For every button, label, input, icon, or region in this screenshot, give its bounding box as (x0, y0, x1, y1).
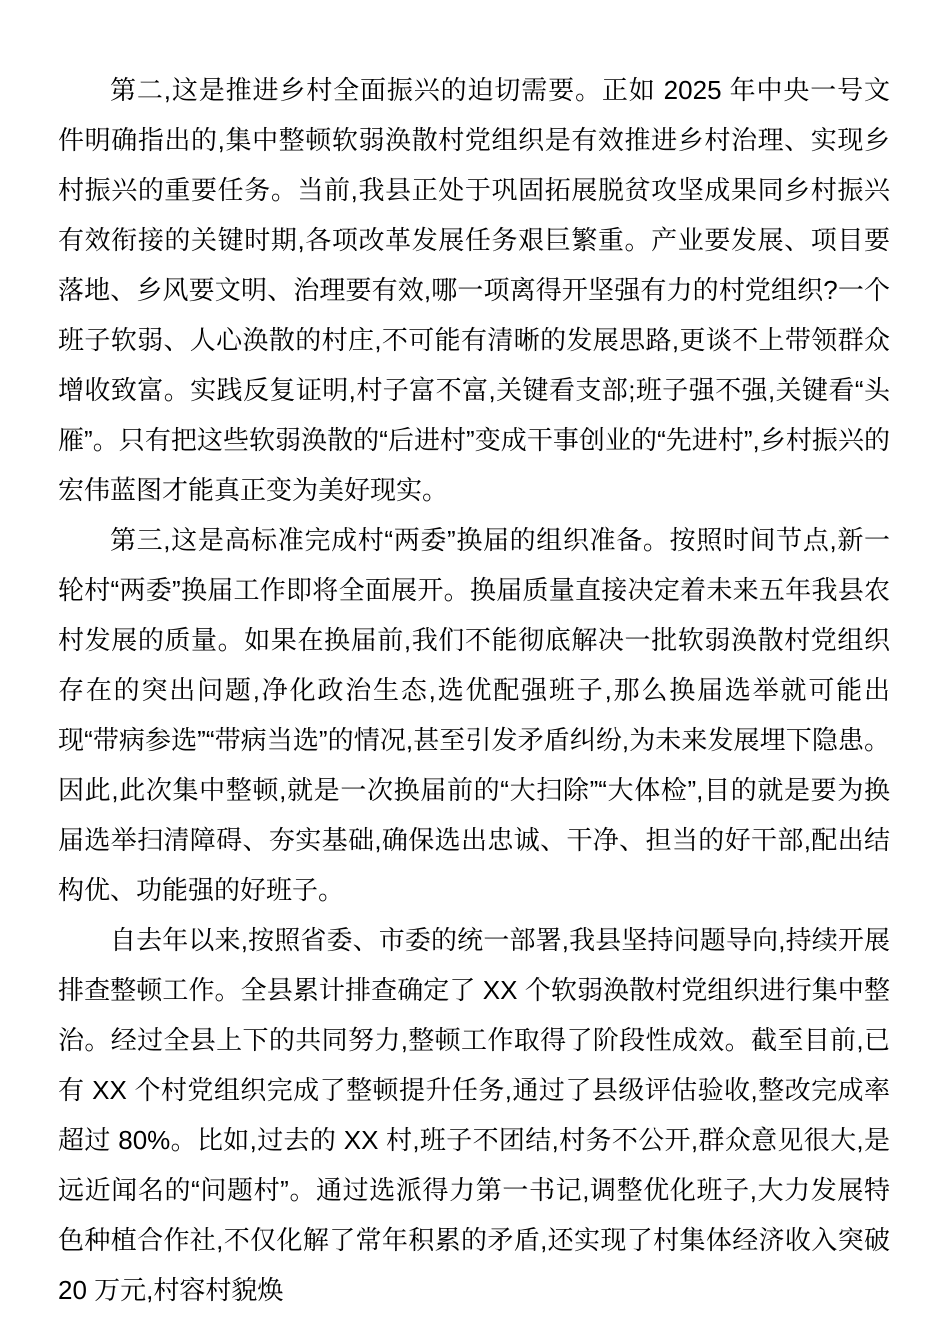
paragraph-progress-summary: 自去年以来,按照省委、市委的统一部署,我县坚持问题导向,持续开展排查整顿工作。全… (58, 915, 890, 1315)
paragraph-second-point: 第二,这是推进乡村全面振兴的迫切需要。正如 2025 年中央一号文件明确指出的,… (58, 65, 890, 515)
document-page: 第二,这是推进乡村全面振兴的迫切需要。正如 2025 年中央一号文件明确指出的,… (0, 0, 950, 1344)
paragraph-third-point: 第三,这是高标准完成村“两委”换届的组织准备。按照时间节点,新一轮村“两委”换届… (58, 515, 890, 915)
